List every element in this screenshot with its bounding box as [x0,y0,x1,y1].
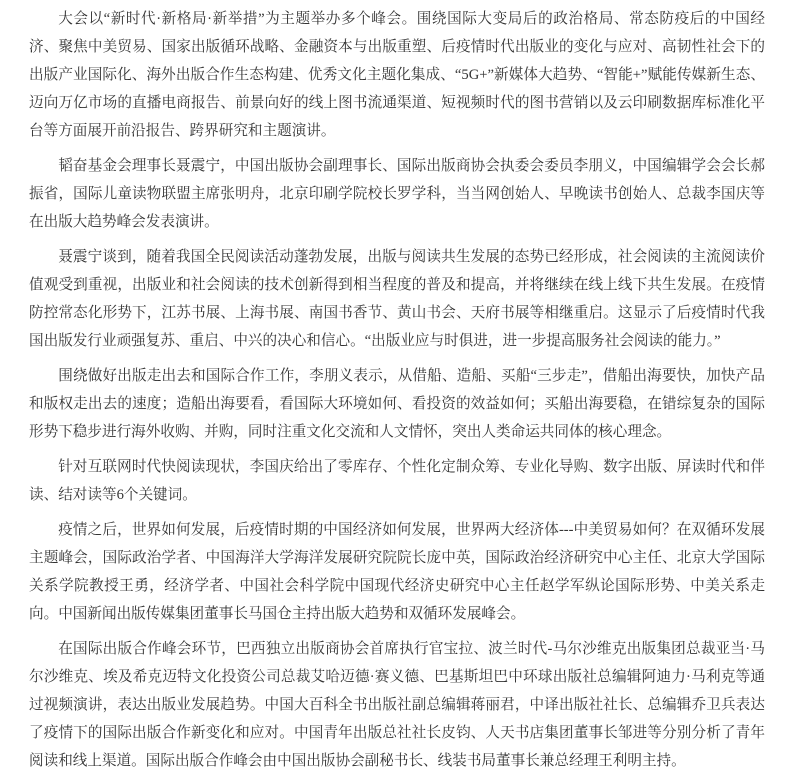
paragraph-nie-zhenning-remarks: 聂震宁谈到，随着我国全民阅读活动蓬勃发展，出版与阅读共生发展的态势已经形成，社会… [29,243,765,355]
paragraph-summit-theme: 大会以“新时代·新格局·新举措”为主题举办多个峰会。围绕国际大变局后的政治格局、… [29,5,765,145]
paragraph-dual-circulation-summit: 疫情之后，世界如何发展，后疫情时期的中国经济如何发展，世界两大经济体---中美贸… [29,516,765,628]
paragraph-speakers-list: 韬奋基金会理事长聂震宁，中国出版协会副理事长、国际出版商协会执委会委员李朋义，中… [29,152,765,236]
paragraph-li-guoqing-keywords: 针对互联网时代快阅读现状，李国庆给出了零库存、个性化定制众筹、专业化导购、数字出… [29,453,765,509]
paragraph-international-cooperation-summit: 在国际出版合作峰会环节，巴西独立出版商协会首席执行官宝拉、波兰时代-马尔沙维克出… [29,635,765,775]
article-body: 大会以“新时代·新格局·新举措”为主题举办多个峰会。围绕国际大变局后的政治格局、… [0,0,792,775]
paragraph-li-pengyi-remarks: 围绕做好出版走出去和国际合作工作，李朋义表示，从借船、造船、买船“三步走”，借船… [29,362,765,446]
